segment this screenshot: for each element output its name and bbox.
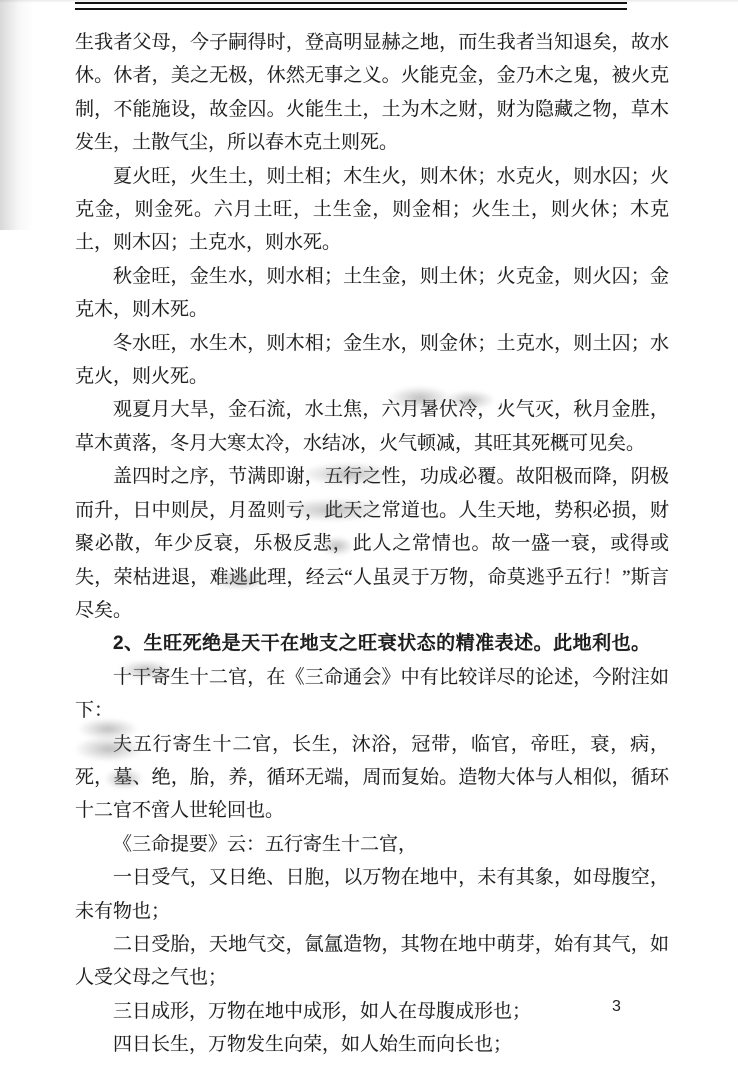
- page-top-double-rule: [75, 2, 627, 10]
- scan-edge-shadow-left: [0, 0, 34, 230]
- paragraph-continuation: 生我者父母，今子嗣得时，登高明显赫之地，而生我者当知退矣，故水休。休者，美之无极…: [75, 26, 669, 160]
- paragraph: 三日成形，万物在地中成形，如人在母腹成形也；: [75, 995, 669, 1028]
- paragraph: 一日受气，又日绝、日胞，以万物在地中，未有其象，如母腹空，未有物也；: [75, 861, 669, 928]
- paragraph: 四日长生，万物发生向荣，如人始生而向长也；: [75, 1028, 669, 1061]
- paragraph: 《三命提要》云：五行寄生十二官，: [75, 828, 669, 861]
- scanned-page: 生我者父母，今子嗣得时，登高明显赫之地，而生我者当知退矣，故水休。休者，美之无极…: [0, 0, 738, 1065]
- paragraph: 二日受胎，天地气交，氤氲造物，其物在地中萌芽，始有其气，如人受父母之气也；: [75, 928, 669, 995]
- paragraph: 观夏月大旱，金石流，水土焦，六月暑伏冷，火气灭，秋月金胜，草木黄落，冬月大寒太冷…: [75, 393, 669, 460]
- paragraph: 十干寄生十二官，在《三命通会》中有比较详尽的论述，今附注如下：: [75, 661, 669, 728]
- paragraph: 盖四时之序，节满即谢，五行之性，功成必覆。故阳极而降，阴极而升，日中则昃，月盈则…: [75, 460, 669, 627]
- paragraph: 夫五行寄生十二官，长生，沐浴，冠带，临官，帝旺，衰，病，死，墓、绝，胎，养，循环…: [75, 728, 669, 828]
- page-number: 3: [612, 998, 621, 1016]
- paragraph: 秋金旺，金生水，则水相；土生金，则土休；火克金，则火囚；金克木，则木死。: [75, 260, 669, 327]
- paragraph: 夏火旺，火生土，则土相；木生火，则木休；水克火，则水囚；火克金，则金死。六月土旺…: [75, 160, 669, 260]
- section-heading: 2、生旺死绝是天干在地支之旺衰状态的精准表述。此地利也。: [75, 627, 669, 660]
- paragraph: 冬水旺，水生木，则木相；金生水，则金休；土克水，则土囚；水克火，则火死。: [75, 327, 669, 394]
- document-body: 生我者父母，今子嗣得时，登高明显赫之地，而生我者当知退矣，故水休。休者，美之无极…: [75, 26, 669, 1062]
